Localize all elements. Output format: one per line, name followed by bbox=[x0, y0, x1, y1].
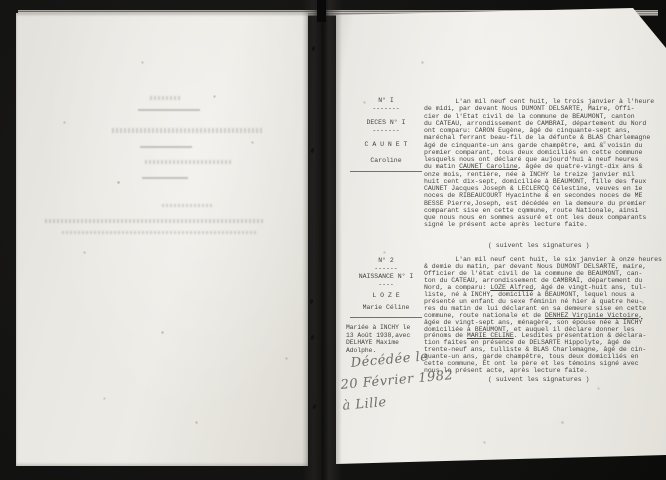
text-segment: signé le présent acte après lecture fait… bbox=[424, 221, 588, 228]
text-segment: que nous nous en sommes assuré et ont le… bbox=[424, 214, 646, 221]
underlined-name: LOZE Alfred bbox=[490, 284, 533, 291]
act-number-rule: ------- bbox=[346, 105, 426, 112]
text-segment: âgé de cinquante-un ans garde champêtre,… bbox=[424, 142, 642, 149]
act-number-rule: ------ bbox=[346, 265, 426, 272]
marginal-mention-line: 13 Août 1938,avec bbox=[346, 332, 432, 340]
underlined-name: CAUNET Caroline bbox=[459, 163, 518, 170]
text-segment: , âgée de quatre-vingt-dix ans & bbox=[518, 163, 643, 170]
bleed-through-line bbox=[112, 128, 264, 133]
underlined-name: DENHEZ Virginie Victoire, bbox=[545, 312, 643, 319]
text-segment: Nord, a comparu: bbox=[424, 284, 490, 291]
bleed-through-rule bbox=[138, 109, 200, 111]
left-page bbox=[16, 13, 308, 466]
bleed-through-line bbox=[150, 96, 182, 100]
act-surname: L O Z E bbox=[346, 292, 426, 299]
act-text-line: âgé de cinquante-un ans garde champêtre,… bbox=[424, 142, 660, 149]
text-segment: ont comparu: CARON Eugène, âgé de cinqua… bbox=[424, 127, 631, 134]
act-text-line: cier de l'Etat civil de la commune de BE… bbox=[424, 113, 660, 120]
act-text-line: BESSE Pierre,Joseph, est décédée en la d… bbox=[424, 200, 660, 207]
text-segment: commune, route nationale et de bbox=[424, 312, 545, 319]
act-text-line: comparant sise en cette commune, route N… bbox=[424, 207, 660, 214]
bleed-through-line bbox=[145, 160, 233, 164]
act-text-line: huit cent dix-sept, domiciliée à BEAUMON… bbox=[424, 178, 660, 185]
signature-note: ( suivent les signatures ) bbox=[488, 376, 589, 383]
text-segment: lesquels nous ont déclaré que aujourd'hu… bbox=[424, 156, 639, 163]
text-segment: onze mois, rentière, née à INCHY le trei… bbox=[424, 171, 635, 178]
signature-note: ( suivent les signatures ) bbox=[488, 242, 589, 249]
margin-underline bbox=[350, 171, 422, 172]
text-segment: Officier de l'état civil de la commune d… bbox=[424, 270, 642, 277]
bleed-through-line bbox=[45, 219, 263, 223]
bleed-through-line bbox=[62, 231, 257, 234]
act-category: NAISSANCE N° I bbox=[346, 273, 426, 280]
text-segment: de midi, par devant Nous DUMONT DELSARTE… bbox=[424, 105, 635, 112]
marginal-mention-line: Mariée à INCHY le bbox=[346, 324, 432, 332]
text-segment: BESSE Pierre,Joseph, est décédée en la d… bbox=[424, 200, 646, 207]
bleed-through-rule bbox=[142, 177, 188, 179]
act-text-line: noces de RIBEAUCOURT Hyacinthe & en seco… bbox=[424, 192, 660, 199]
bleed-through-rule bbox=[140, 146, 192, 148]
text-segment: liste, né à INCHY, domicilié à BEAUMONT,… bbox=[424, 291, 635, 298]
text-segment: ton du CATEAU, arrondissement de CAMBRAI… bbox=[424, 277, 642, 284]
text-segment: prénoms de bbox=[424, 332, 467, 339]
text-segment: . Lesdites présentation & déclara- bbox=[514, 332, 647, 339]
act1-body-text: L'an mil neuf cent huit, le trois janvie… bbox=[424, 98, 660, 229]
bleed-through-line bbox=[162, 204, 214, 207]
act-text-line: du CATEAU, arrondissement de CAMBRAI, dé… bbox=[424, 120, 660, 127]
text-segment: comparant sise en cette commune, route N… bbox=[424, 207, 639, 214]
act-category: DECES N° I bbox=[346, 119, 426, 126]
text-segment: maréchal ferrant beau-fil de la défunte … bbox=[424, 134, 650, 141]
text-segment: domiciliée à BEAUMONT, et auquel il décl… bbox=[424, 326, 635, 333]
act-text-line: L'an mil neuf cent huit, le trois janvie… bbox=[424, 98, 660, 105]
underlined-name: MARIE CELINE bbox=[467, 332, 514, 339]
act-number: N° I bbox=[346, 97, 426, 104]
register-book-scan: N° I ------- DECES N° I ------- C A U N … bbox=[0, 0, 666, 480]
text-segment: L'an mil neuf cent huit, le six janvier … bbox=[424, 256, 662, 263]
text-segment: présenté un enfant du sexe féminin né hi… bbox=[424, 298, 642, 305]
act-category-rule: ------- bbox=[346, 127, 426, 134]
margin-underline bbox=[350, 317, 422, 318]
act-text-line: que nous nous en sommes assuré et ont le… bbox=[424, 214, 660, 221]
act-text-line: onze mois, rentière, née à INCHY le trei… bbox=[424, 171, 660, 178]
text-segment: L'an mil neuf cent huit, le trois janvie… bbox=[424, 98, 654, 105]
right-page: N° I ------- DECES N° I ------- C A U N … bbox=[336, 6, 666, 466]
text-segment: CAUNET Jacques Joseph & LECLERCQ Célesti… bbox=[424, 185, 642, 192]
act-given-name: Caroline bbox=[346, 157, 426, 164]
text-segment: premier comparant, tous deux domiciliés … bbox=[424, 149, 642, 156]
act-text-line: ont comparu: CARON Eugène, âgé de cinqua… bbox=[424, 127, 660, 134]
act-surname: C A U N E T bbox=[346, 141, 426, 148]
text-segment: noces de RIBEAUCOURT Hyacinthe & en seco… bbox=[424, 192, 642, 199]
act-text-line: de midi, par devant Nous DUMONT DELSARTE… bbox=[424, 105, 660, 112]
act-text-line: premier comparant, tous deux domiciliés … bbox=[424, 149, 660, 156]
text-segment: cier de l'Etat civil de la commune de BE… bbox=[424, 113, 635, 120]
text-segment: du CATEAU, arrondissement de CAMBRAI, dé… bbox=[424, 120, 646, 127]
book-gutter-shadow bbox=[302, 0, 342, 480]
binding-spine-tab bbox=[317, 0, 326, 22]
act-text-line: lesquels nous ont déclaré que aujourd'hu… bbox=[424, 156, 660, 163]
act-text-line: maréchal ferrant beau-fil de la défunte … bbox=[424, 134, 660, 141]
handwritten-death-mention: Décédée le20 Février 1982à Lille bbox=[338, 341, 493, 417]
act-text-line: signé le présent acte après lecture fait… bbox=[424, 221, 660, 228]
text-segment: res du matin de lui déclarant en sa deme… bbox=[424, 305, 646, 312]
paper-dust-specks bbox=[0, 0, 1, 1]
text-segment: âgée de vingt-sept ans, ménagère, son ép… bbox=[424, 319, 642, 326]
text-segment: & demie du matin, par devant Nous DUMONT… bbox=[424, 263, 646, 270]
text-segment: , âgé de vingt-huit ans, tul- bbox=[533, 284, 646, 291]
act-number: N° 2 bbox=[346, 257, 426, 264]
act-category-rule: ---- bbox=[346, 281, 426, 288]
act-text-line: CAUNET Jacques Joseph & LECLERCQ Célesti… bbox=[424, 185, 660, 192]
act-text-line: du matin CAUNET Caroline, âgée de quatre… bbox=[424, 163, 660, 170]
act-given-name: Marie Céline bbox=[346, 304, 426, 311]
text-segment: huit cent dix-sept, domiciliée à BEAUMON… bbox=[424, 178, 646, 185]
marginal-mention-line: DELHAYE Maxime bbox=[346, 339, 432, 347]
text-segment: du matin bbox=[424, 163, 459, 170]
